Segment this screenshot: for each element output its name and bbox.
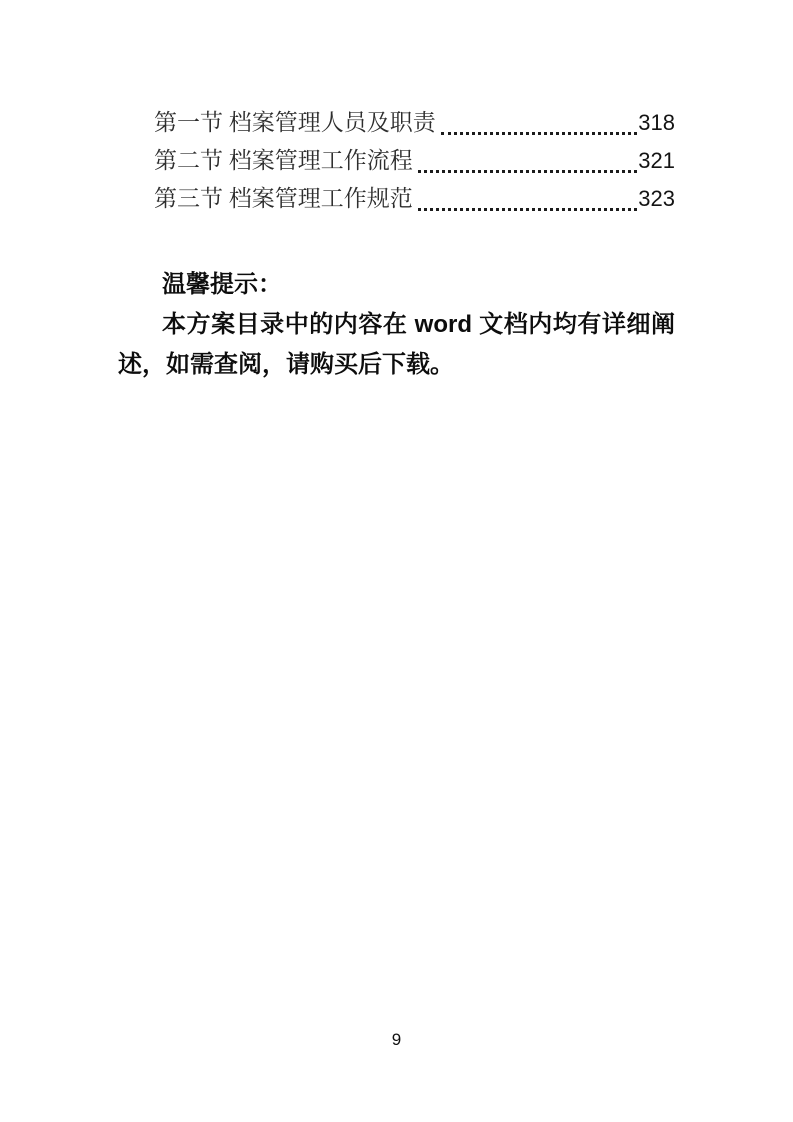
toc-dot-leader — [441, 132, 638, 135]
toc-entry-page-number: 321 — [638, 148, 675, 174]
page-content: 第一节 档案管理人员及职责 318 第二节 档案管理工作流程 321 第三节 档… — [118, 104, 675, 385]
table-of-contents: 第一节 档案管理人员及职责 318 第二节 档案管理工作流程 321 第三节 档… — [118, 104, 675, 218]
toc-entry-page-number: 318 — [638, 110, 675, 136]
toc-entry-title: 第二节 档案管理工作流程 — [154, 142, 413, 175]
notice-paragraph: 本方案目录中的内容在 word 文档内均有详细阐述，如需查阅，请购买后下载。 — [118, 305, 675, 385]
notice-heading: 温馨提示： — [118, 265, 675, 305]
toc-entry: 第一节 档案管理人员及职责 318 — [118, 104, 675, 142]
toc-entry: 第三节 档案管理工作规范 323 — [118, 180, 675, 218]
footer-page-number: 9 — [0, 1030, 793, 1050]
toc-entry-title: 第三节 档案管理工作规范 — [154, 180, 413, 213]
toc-entry-page-number: 323 — [638, 186, 675, 212]
toc-dot-leader — [418, 208, 638, 211]
document-page: 第一节 档案管理人员及职责 318 第二节 档案管理工作流程 321 第三节 档… — [0, 0, 793, 1122]
notice-block: 温馨提示： 本方案目录中的内容在 word 文档内均有详细阐述，如需查阅，请购买… — [118, 265, 675, 385]
toc-entry-title: 第一节 档案管理人员及职责 — [154, 104, 436, 137]
toc-dot-leader — [418, 170, 638, 173]
toc-entry: 第二节 档案管理工作流程 321 — [118, 142, 675, 180]
